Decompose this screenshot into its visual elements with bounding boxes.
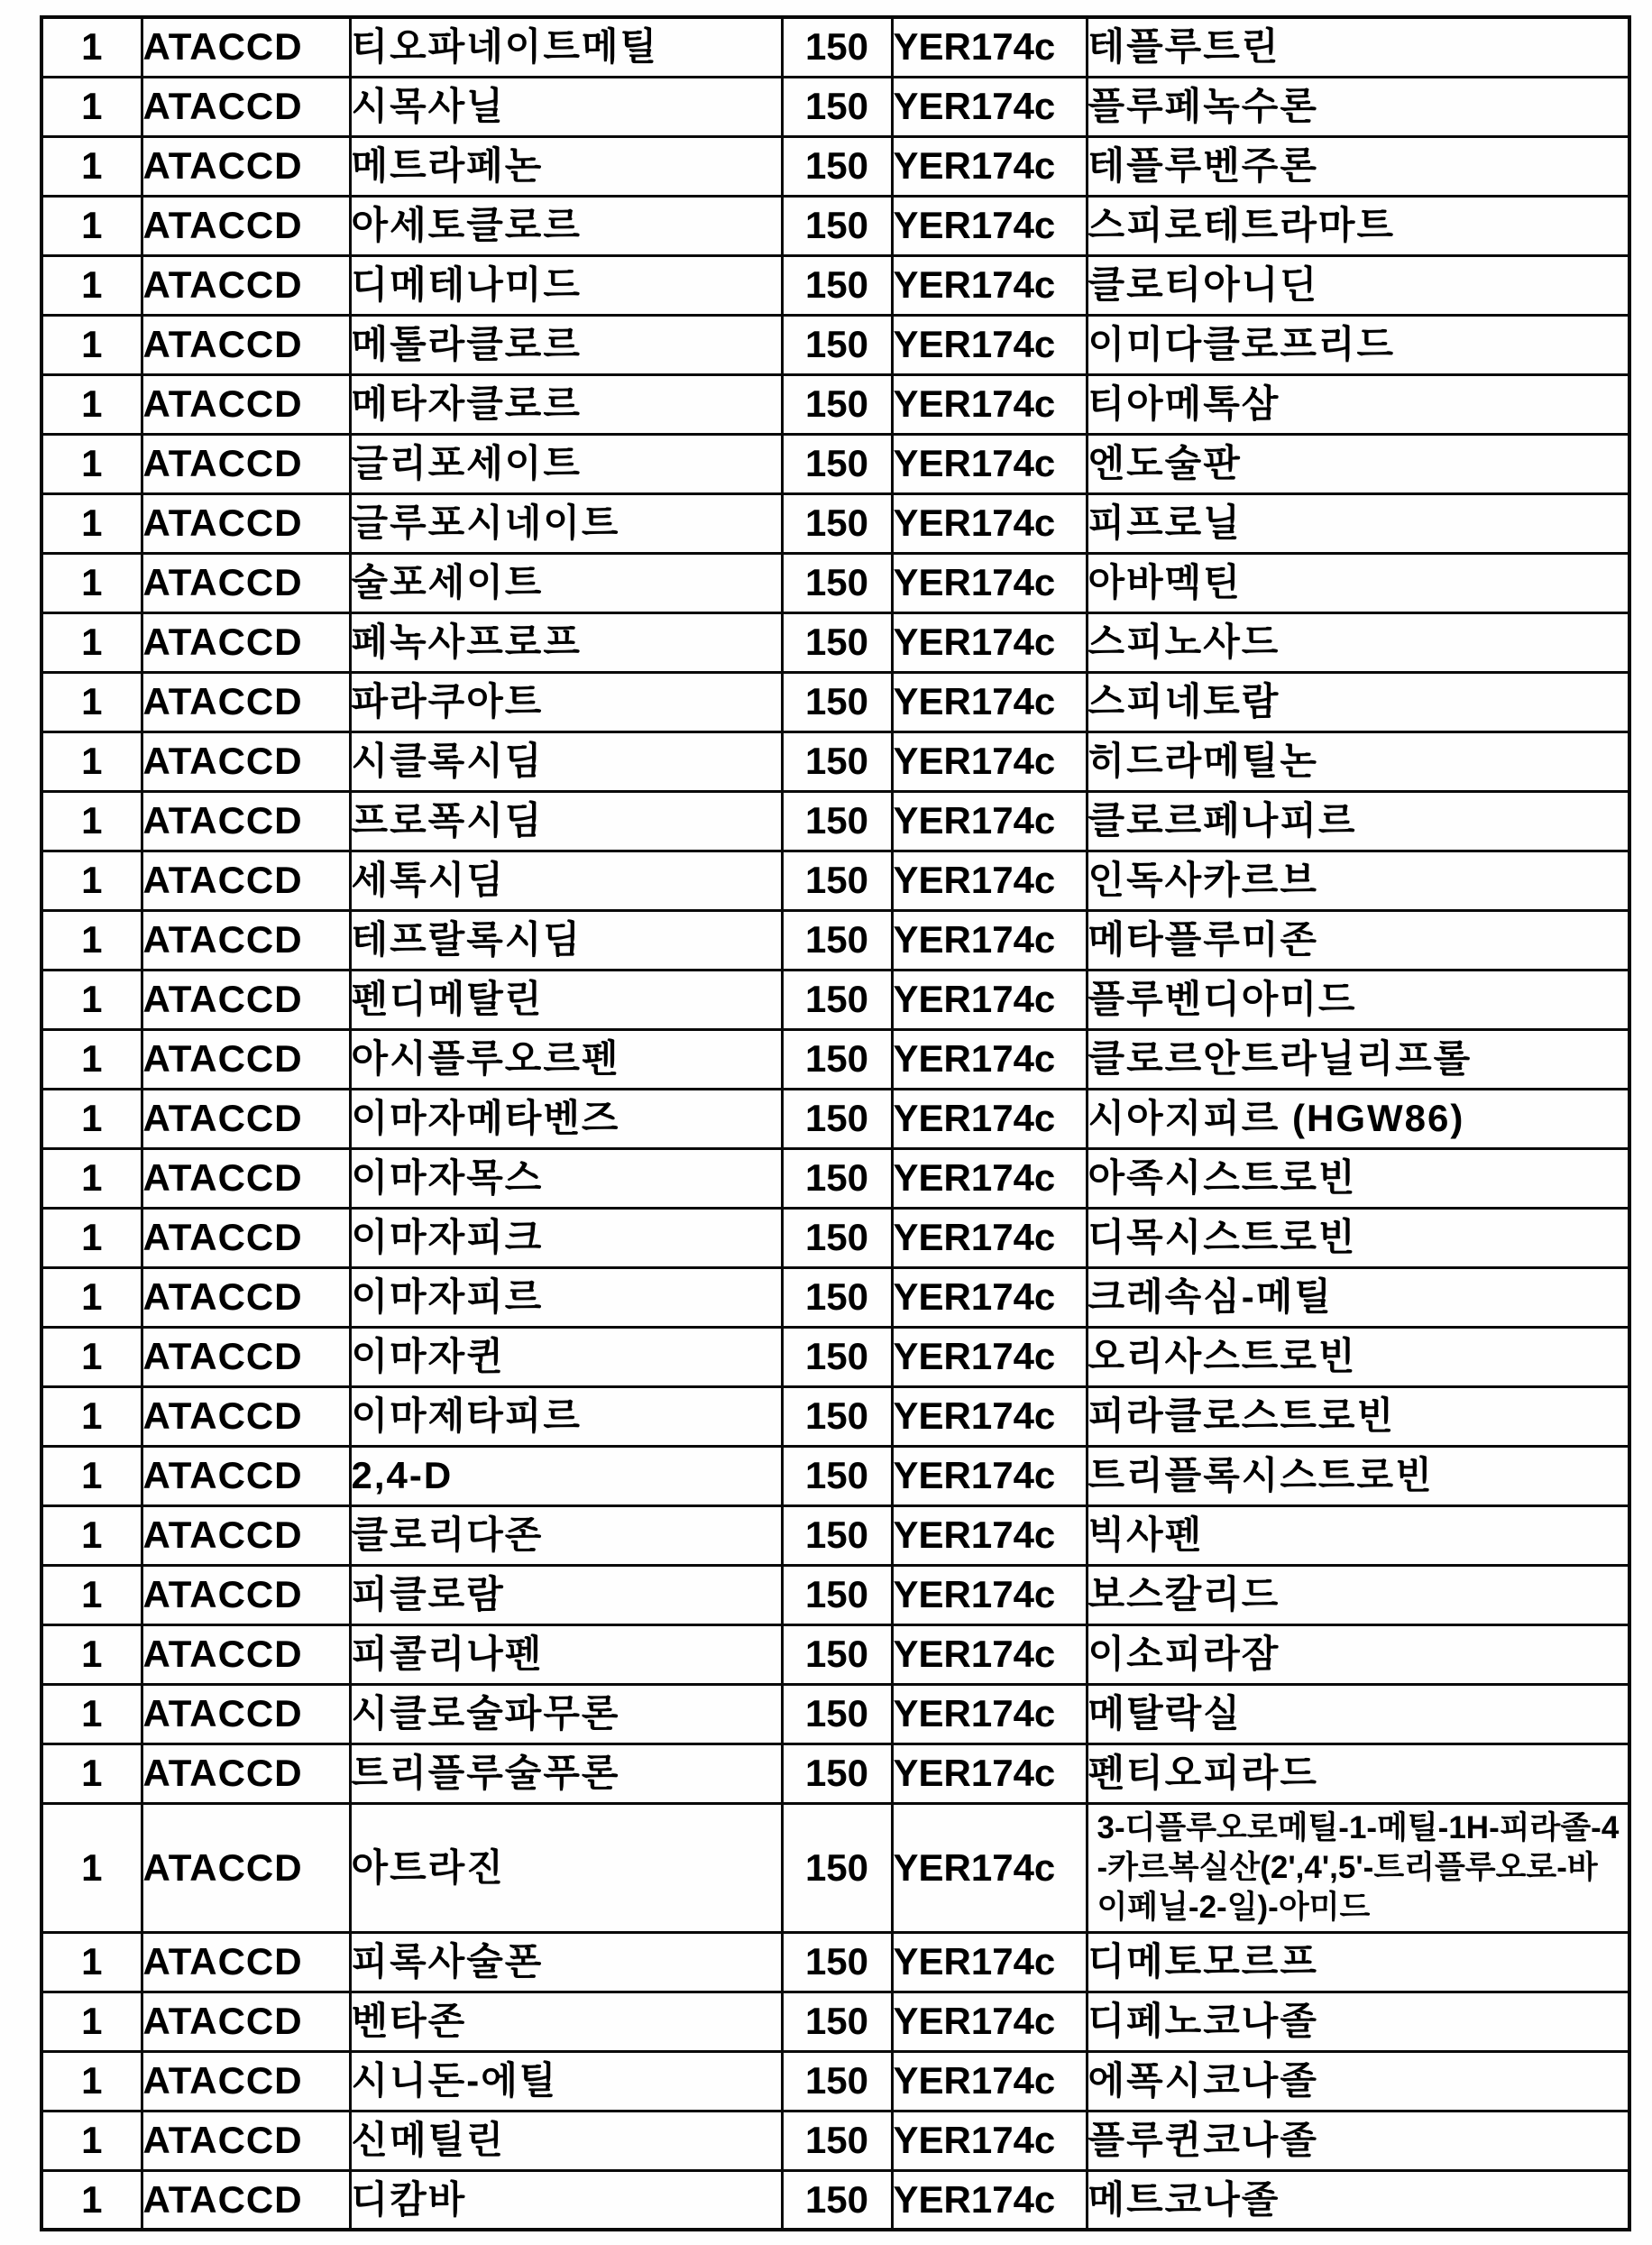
cell-gene-id: YER174c [892,1744,1087,1803]
cell-group-number: 1 [41,970,142,1029]
cell-gene-id: YER174c [892,1029,1087,1089]
table-row: 1 ATACCD 글루포시네이트 150 YER174c 피프로닐 [41,493,1629,553]
cell-target-code: ATACCD [142,2051,350,2111]
cell-concentration: 150 [782,970,892,1029]
cell-compound-b: 플루페녹수론 [1087,77,1629,136]
cell-concentration: 150 [782,1327,892,1386]
cell-compound-a: 이마제타피르 [350,1386,782,1446]
cell-compound-a: 펜디메탈린 [350,970,782,1029]
cell-compound-a: 피클로람 [350,1565,782,1624]
cell-compound-b: 에폭시코나졸 [1087,2051,1629,2111]
cell-compound-a: 디캄바 [350,2170,782,2230]
table-row: 1 ATACCD 디캄바 150 YER174c 메트코나졸 [41,2170,1629,2230]
cell-compound-a: 시클록시딤 [350,731,782,791]
table-row: 1 ATACCD 아시플루오르펜 150 YER174c 클로르안트라닐리프롤 [41,1029,1629,1089]
cell-compound-a: 티오파네이트메틸 [350,17,782,77]
cell-gene-id: YER174c [892,1565,1087,1624]
table-row: 1 ATACCD 세톡시딤 150 YER174c 인독사카르브 [41,851,1629,910]
cell-compound-a: 파라쿠아트 [350,672,782,731]
cell-compound-b: 펜티오피라드 [1087,1744,1629,1803]
cell-compound-b: 인독사카르브 [1087,851,1629,910]
cell-gene-id: YER174c [892,1148,1087,1208]
table-row: 1 ATACCD 메타자클로르 150 YER174c 티아메톡삼 [41,374,1629,434]
cell-compound-b: 아바멕틴 [1087,553,1629,612]
cell-target-code: ATACCD [142,2111,350,2170]
cell-compound-a: 이마자목스 [350,1148,782,1208]
cell-compound-a: 피록사술폰 [350,1932,782,1992]
cell-compound-a: 클로리다존 [350,1505,782,1565]
cell-gene-id: YER174c [892,612,1087,672]
cell-compound-a: 아트라진 [350,1803,782,1932]
cell-compound-b: 클로티아니딘 [1087,255,1629,315]
cell-gene-id: YER174c [892,1803,1087,1932]
cell-gene-id: YER174c [892,493,1087,553]
compound-table-body: 1 ATACCD 티오파네이트메틸 150 YER174c 테플루트린 1 AT… [41,17,1629,2230]
cell-concentration: 150 [782,196,892,255]
cell-gene-id: YER174c [892,2051,1087,2111]
table-row: 1 ATACCD 글리포세이트 150 YER174c 엔도술판 [41,434,1629,493]
cell-group-number: 1 [41,2170,142,2230]
cell-gene-id: YER174c [892,1446,1087,1505]
cell-concentration: 150 [782,1505,892,1565]
cell-compound-b: 피프로닐 [1087,493,1629,553]
cell-compound-a: 프로폭시딤 [350,791,782,851]
cell-concentration: 150 [782,1565,892,1624]
cell-compound-b: 빅사펜 [1087,1505,1629,1565]
cell-target-code: ATACCD [142,672,350,731]
cell-gene-id: YER174c [892,1267,1087,1327]
table-row: 1 ATACCD 시니돈-에틸 150 YER174c 에폭시코나졸 [41,2051,1629,2111]
cell-group-number: 1 [41,851,142,910]
cell-target-code: ATACCD [142,1565,350,1624]
cell-compound-b: 이소피라잠 [1087,1624,1629,1684]
table-row: 1 ATACCD 클로리다존 150 YER174c 빅사펜 [41,1505,1629,1565]
cell-compound-a: 메톨라클로르 [350,315,782,374]
cell-concentration: 150 [782,553,892,612]
cell-target-code: ATACCD [142,1208,350,1267]
cell-target-code: ATACCD [142,77,350,136]
cell-compound-a: 디메테나미드 [350,255,782,315]
cell-group-number: 1 [41,196,142,255]
cell-target-code: ATACCD [142,2170,350,2230]
cell-concentration: 150 [782,255,892,315]
table-row: 1 ATACCD 디메테나미드 150 YER174c 클로티아니딘 [41,255,1629,315]
cell-compound-b: 티아메톡삼 [1087,374,1629,434]
cell-concentration: 150 [782,1267,892,1327]
cell-compound-b: 아족시스트로빈 [1087,1148,1629,1208]
cell-compound-a: 아세토클로르 [350,196,782,255]
table-row: 1 ATACCD 술포세이트 150 YER174c 아바멕틴 [41,553,1629,612]
cell-concentration: 150 [782,1932,892,1992]
cell-group-number: 1 [41,315,142,374]
cell-target-code: ATACCD [142,196,350,255]
cell-gene-id: YER174c [892,1505,1087,1565]
cell-compound-a: 이마자퀸 [350,1327,782,1386]
table-row: 1 ATACCD 트리플루술푸론 150 YER174c 펜티오피라드 [41,1744,1629,1803]
cell-group-number: 1 [41,493,142,553]
cell-gene-id: YER174c [892,315,1087,374]
cell-group-number: 1 [41,434,142,493]
cell-concentration: 150 [782,1744,892,1803]
cell-gene-id: YER174c [892,374,1087,434]
cell-concentration: 150 [782,136,892,196]
cell-compound-b: 메트코나졸 [1087,2170,1629,2230]
cell-compound-b: 트리플록시스트로빈 [1087,1446,1629,1505]
cell-concentration: 150 [782,1684,892,1744]
cell-concentration: 150 [782,1089,892,1148]
cell-concentration: 150 [782,612,892,672]
cell-target-code: ATACCD [142,434,350,493]
cell-group-number: 1 [41,612,142,672]
cell-group-number: 1 [41,1148,142,1208]
cell-group-number: 1 [41,791,142,851]
cell-compound-b: 피라클로스트로빈 [1087,1386,1629,1446]
cell-gene-id: YER174c [892,136,1087,196]
table-row: 1 ATACCD 신메틸린 150 YER174c 플루퀸코나졸 [41,2111,1629,2170]
cell-gene-id: YER174c [892,970,1087,1029]
cell-target-code: ATACCD [142,1386,350,1446]
scanned-document-page: 1 ATACCD 티오파네이트메틸 150 YER174c 테플루트린 1 AT… [0,0,1652,2245]
cell-compound-a: 페녹사프로프 [350,612,782,672]
cell-concentration: 150 [782,1029,892,1089]
table-row: 1 ATACCD 테프랄록시딤 150 YER174c 메타플루미존 [41,910,1629,970]
cell-target-code: ATACCD [142,1744,350,1803]
table-row: 1 ATACCD 페녹사프로프 150 YER174c 스피노사드 [41,612,1629,672]
cell-group-number: 1 [41,672,142,731]
cell-gene-id: YER174c [892,791,1087,851]
table-row: 1 ATACCD 파라쿠아트 150 YER174c 스피네토람 [41,672,1629,731]
cell-compound-a: 글리포세이트 [350,434,782,493]
cell-gene-id: YER174c [892,851,1087,910]
table-row: 1 ATACCD 메톨라클로르 150 YER174c 이미다클로프리드 [41,315,1629,374]
cell-concentration: 150 [782,1624,892,1684]
cell-gene-id: YER174c [892,1932,1087,1992]
table-row: 1 ATACCD 이마제타피르 150 YER174c 피라클로스트로빈 [41,1386,1629,1446]
table-row: 1 ATACCD 2,4-D 150 YER174c 트리플록시스트로빈 [41,1446,1629,1505]
table-row: 1 ATACCD 벤타존 150 YER174c 디페노코나졸 [41,1992,1629,2051]
cell-compound-b: 엔도술판 [1087,434,1629,493]
cell-concentration: 150 [782,791,892,851]
cell-compound-a: 피콜리나펜 [350,1624,782,1684]
table-row: 1 ATACCD 펜디메탈린 150 YER174c 플루벤디아미드 [41,970,1629,1029]
cell-concentration: 150 [782,17,892,77]
cell-compound-b: 클로르페나피르 [1087,791,1629,851]
cell-compound-a: 메트라페논 [350,136,782,196]
cell-target-code: ATACCD [142,910,350,970]
cell-group-number: 1 [41,1803,142,1932]
cell-gene-id: YER174c [892,1089,1087,1148]
cell-gene-id: YER174c [892,434,1087,493]
cell-concentration: 150 [782,910,892,970]
cell-concentration: 150 [782,493,892,553]
cell-group-number: 1 [41,1565,142,1624]
cell-compound-a: 이마자메타벤즈 [350,1089,782,1148]
cell-compound-b: 클로르안트라닐리프롤 [1087,1029,1629,1089]
cell-target-code: ATACCD [142,970,350,1029]
cell-compound-a: 시니돈-에틸 [350,2051,782,2111]
cell-concentration: 150 [782,77,892,136]
cell-compound-b: 스피노사드 [1087,612,1629,672]
cell-group-number: 1 [41,1932,142,1992]
cell-concentration: 150 [782,1992,892,2051]
cell-group-number: 1 [41,1208,142,1267]
cell-compound-a: 벤타존 [350,1992,782,2051]
cell-compound-a: 술포세이트 [350,553,782,612]
cell-group-number: 1 [41,1992,142,2051]
cell-gene-id: YER174c [892,1992,1087,2051]
cell-group-number: 1 [41,1327,142,1386]
cell-compound-b: 디목시스트로빈 [1087,1208,1629,1267]
table-row: 1 ATACCD 피록사술폰 150 YER174c 디메토모르프 [41,1932,1629,1992]
cell-compound-a: 세톡시딤 [350,851,782,910]
table-row: 1 ATACCD 아세토클로르 150 YER174c 스피로테트라마트 [41,196,1629,255]
table-row: 1 ATACCD 이마자메타벤즈 150 YER174c 시아지피르 (HGW8… [41,1089,1629,1148]
cell-group-number: 1 [41,731,142,791]
table-row: 1 ATACCD 시클로술파무론 150 YER174c 메탈락실 [41,1684,1629,1744]
cell-gene-id: YER174c [892,255,1087,315]
cell-compound-b: 디페노코나졸 [1087,1992,1629,2051]
cell-compound-a: 2,4-D [350,1446,782,1505]
cell-target-code: ATACCD [142,1029,350,1089]
cell-compound-b: 시아지피르 (HGW86) [1087,1089,1629,1148]
cell-compound-b: 보스칼리드 [1087,1565,1629,1624]
cell-target-code: ATACCD [142,731,350,791]
cell-concentration: 150 [782,1208,892,1267]
cell-group-number: 1 [41,910,142,970]
cell-target-code: ATACCD [142,851,350,910]
cell-group-number: 1 [41,136,142,196]
table-row: 1 ATACCD 피클로람 150 YER174c 보스칼리드 [41,1565,1629,1624]
cell-group-number: 1 [41,2111,142,2170]
table-row: 1 ATACCD 시클록시딤 150 YER174c 히드라메틸논 [41,731,1629,791]
cell-target-code: ATACCD [142,1089,350,1148]
cell-target-code: ATACCD [142,1624,350,1684]
cell-gene-id: YER174c [892,1624,1087,1684]
cell-target-code: ATACCD [142,553,350,612]
table-row: 1 ATACCD 피콜리나펜 150 YER174c 이소피라잠 [41,1624,1629,1684]
cell-compound-b: 스피네토람 [1087,672,1629,731]
cell-group-number: 1 [41,1267,142,1327]
cell-gene-id: YER174c [892,553,1087,612]
cell-gene-id: YER174c [892,672,1087,731]
cell-concentration: 150 [782,851,892,910]
cell-concentration: 150 [782,2051,892,2111]
cell-compound-a: 글루포시네이트 [350,493,782,553]
cell-concentration: 150 [782,1386,892,1446]
cell-group-number: 1 [41,17,142,77]
cell-group-number: 1 [41,1029,142,1089]
cell-compound-b: 테플루벤주론 [1087,136,1629,196]
cell-target-code: ATACCD [142,1148,350,1208]
cell-group-number: 1 [41,1624,142,1684]
cell-concentration: 150 [782,1446,892,1505]
cell-group-number: 1 [41,1446,142,1505]
table-row: 1 ATACCD 아트라진 150 YER174c 3-디플루오로메틸-1-메틸… [41,1803,1629,1932]
cell-concentration: 150 [782,1803,892,1932]
table-row: 1 ATACCD 프로폭시딤 150 YER174c 클로르페나피르 [41,791,1629,851]
cell-target-code: ATACCD [142,493,350,553]
cell-compound-b: 오리사스트로빈 [1087,1327,1629,1386]
cell-group-number: 1 [41,77,142,136]
table-row: 1 ATACCD 이마자목스 150 YER174c 아족시스트로빈 [41,1148,1629,1208]
cell-group-number: 1 [41,553,142,612]
table-row: 1 ATACCD 티오파네이트메틸 150 YER174c 테플루트린 [41,17,1629,77]
cell-compound-b: 플루퀸코나졸 [1087,2111,1629,2170]
cell-target-code: ATACCD [142,1992,350,2051]
cell-target-code: ATACCD [142,136,350,196]
cell-compound-a: 테프랄록시딤 [350,910,782,970]
cell-gene-id: YER174c [892,2170,1087,2230]
cell-gene-id: YER174c [892,731,1087,791]
cell-target-code: ATACCD [142,17,350,77]
cell-group-number: 1 [41,255,142,315]
cell-compound-a: 시목사닐 [350,77,782,136]
cell-concentration: 150 [782,2111,892,2170]
cell-gene-id: YER174c [892,1386,1087,1446]
cell-compound-b: 스피로테트라마트 [1087,196,1629,255]
cell-target-code: ATACCD [142,374,350,434]
table-row: 1 ATACCD 이마자피크 150 YER174c 디목시스트로빈 [41,1208,1629,1267]
cell-compound-a: 시클로술파무론 [350,1684,782,1744]
table-row: 1 ATACCD 이마자퀸 150 YER174c 오리사스트로빈 [41,1327,1629,1386]
cell-concentration: 150 [782,731,892,791]
cell-target-code: ATACCD [142,1505,350,1565]
cell-group-number: 1 [41,2051,142,2111]
cell-target-code: ATACCD [142,1803,350,1932]
cell-concentration: 150 [782,1148,892,1208]
cell-gene-id: YER174c [892,1208,1087,1267]
cell-concentration: 150 [782,434,892,493]
cell-compound-a: 트리플루술푸론 [350,1744,782,1803]
cell-compound-b: 테플루트린 [1087,17,1629,77]
cell-gene-id: YER174c [892,17,1087,77]
cell-compound-b: 메탈락실 [1087,1684,1629,1744]
cell-compound-a: 이마자피크 [350,1208,782,1267]
cell-gene-id: YER174c [892,1684,1087,1744]
cell-compound-a: 이마자피르 [350,1267,782,1327]
cell-concentration: 150 [782,672,892,731]
cell-target-code: ATACCD [142,612,350,672]
cell-compound-a: 신메틸린 [350,2111,782,2170]
cell-target-code: ATACCD [142,791,350,851]
cell-concentration: 150 [782,2170,892,2230]
table-row: 1 ATACCD 이마자피르 150 YER174c 크레속심-메틸 [41,1267,1629,1327]
cell-compound-b: 메타플루미존 [1087,910,1629,970]
cell-group-number: 1 [41,1505,142,1565]
cell-target-code: ATACCD [142,1327,350,1386]
cell-compound-a: 메타자클로르 [350,374,782,434]
cell-target-code: ATACCD [142,315,350,374]
cell-compound-b: 크레속심-메틸 [1087,1267,1629,1327]
cell-compound-b: 플루벤디아미드 [1087,970,1629,1029]
cell-target-code: ATACCD [142,255,350,315]
cell-group-number: 1 [41,1744,142,1803]
cell-group-number: 1 [41,1089,142,1148]
table-row: 1 ATACCD 메트라페논 150 YER174c 테플루벤주론 [41,136,1629,196]
cell-target-code: ATACCD [142,1684,350,1744]
cell-gene-id: YER174c [892,910,1087,970]
cell-gene-id: YER174c [892,77,1087,136]
cell-concentration: 150 [782,374,892,434]
cell-compound-b: 이미다클로프리드 [1087,315,1629,374]
table-row: 1 ATACCD 시목사닐 150 YER174c 플루페녹수론 [41,77,1629,136]
cell-gene-id: YER174c [892,196,1087,255]
cell-compound-b: 3-디플루오로메틸-1-메틸-1H-피라졸-4-카르복실산(2',4',5'-트… [1087,1803,1629,1932]
cell-group-number: 1 [41,1684,142,1744]
cell-compound-b: 히드라메틸논 [1087,731,1629,791]
cell-target-code: ATACCD [142,1267,350,1327]
cell-target-code: ATACCD [142,1932,350,1992]
cell-compound-b: 디메토모르프 [1087,1932,1629,1992]
cell-group-number: 1 [41,374,142,434]
cell-gene-id: YER174c [892,2111,1087,2170]
cell-group-number: 1 [41,1386,142,1446]
compound-table: 1 ATACCD 티오파네이트메틸 150 YER174c 테플루트린 1 AT… [40,15,1631,2231]
cell-concentration: 150 [782,315,892,374]
cell-gene-id: YER174c [892,1327,1087,1386]
cell-target-code: ATACCD [142,1446,350,1505]
cell-compound-a: 아시플루오르펜 [350,1029,782,1089]
